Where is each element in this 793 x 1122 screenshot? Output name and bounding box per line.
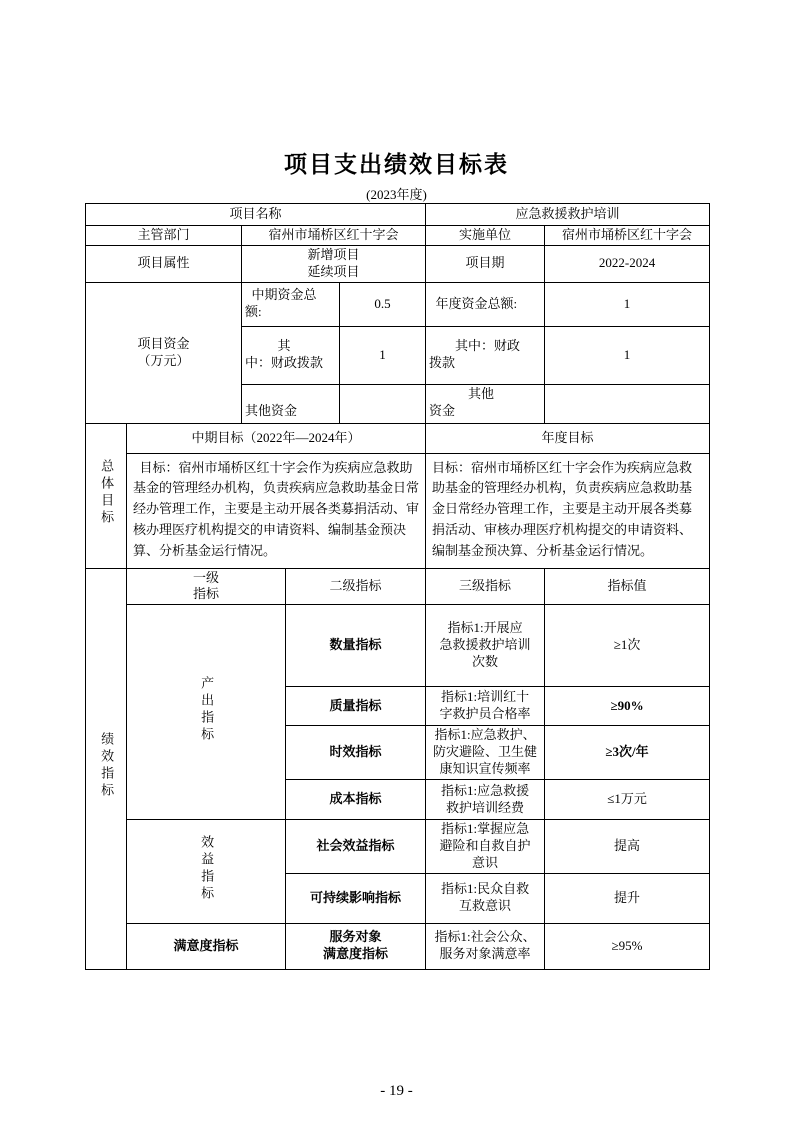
implementer-value: 宿州市埇桥区红十字会 [545, 226, 710, 246]
implementer-label: 实施单位 [426, 226, 545, 246]
header-level2: 二级指标 [286, 568, 426, 605]
mid-goal-content: 目标：宿州市埇桥区红十字会作为疾病应急救助基金的管理经办机构，负责疾病应急救助基… [127, 453, 426, 568]
group-output-label: 产出指标 [127, 605, 286, 820]
funding-section-label: 项目资金 （万元） [86, 282, 242, 423]
project-name-value: 应急救援救护培训 [426, 204, 710, 226]
header-value: 指标值 [545, 568, 710, 605]
period-label: 项目期 [426, 246, 545, 283]
sustainable-level3: 指标1:民众自救 互救意识 [426, 873, 545, 923]
period-value: 2022-2024 [545, 246, 710, 283]
quantity-value: ≥1次 [545, 605, 710, 687]
cost-level3: 指标1:应急救援 救护培训经费 [426, 780, 545, 820]
sustainable-value: 提升 [545, 873, 710, 923]
mid-fiscal-value: 1 [340, 326, 426, 384]
quantity-level3: 指标1:开展应 急救援救护培训 次数 [426, 605, 545, 687]
overall-goal-vertical-text: 总体目标 [99, 459, 113, 527]
annual-fiscal-value: 1 [545, 326, 710, 384]
annual-goal-header: 年度目标 [426, 423, 710, 453]
quantity-level2: 数量指标 [286, 605, 426, 687]
mid-total-value: 0.5 [340, 282, 426, 326]
mid-other-value [340, 384, 426, 423]
timeliness-value: ≥3次/年 [545, 726, 710, 780]
mid-fiscal-label: 其 中：财政拨款 [242, 326, 340, 384]
project-name-label: 项目名称 [86, 204, 426, 226]
social-level2: 社会效益指标 [286, 820, 426, 874]
performance-vertical-text: 绩效指标 [99, 732, 113, 800]
header-level3: 三级指标 [426, 568, 545, 605]
annual-goal-content: 目标：宿州市埇桥区红十字会作为疾病应急救助基金的管理经办机构，负责疾病应急救助基… [426, 453, 710, 568]
mid-total-label: 中期资金总 额: [242, 282, 340, 326]
document-page: 项目支出绩效目标表 (2023年度) 项目名称 应急救援救护培训 主管部门 宿州… [0, 0, 793, 1122]
social-level3: 指标1:掌握应急 避险和自救自护 意识 [426, 820, 545, 874]
quality-level3: 指标1:培训红十 字救护员合格率 [426, 687, 545, 726]
department-value: 宿州市埇桥区红十字会 [242, 226, 426, 246]
attribute-label: 项目属性 [86, 246, 242, 283]
service-level2: 服务对象 满意度指标 [286, 923, 426, 969]
service-level3: 指标1:社会公众、 服务对象满意率 [426, 923, 545, 969]
overall-goal-section-label: 总体目标 [86, 423, 127, 568]
annual-other-label: 其他 资金 [426, 384, 545, 423]
mid-other-label: 其他资金 [242, 384, 340, 423]
mid-goal-header: 中期目标（2022年—2024年） [127, 423, 426, 453]
group-output-vertical-text: 产出指标 [199, 676, 213, 744]
social-value: 提高 [545, 820, 710, 874]
quality-value: ≥90% [545, 687, 710, 726]
quality-level2: 质量指标 [286, 687, 426, 726]
group-satisfaction-label: 满意度指标 [127, 923, 286, 969]
group-benefit-vertical-text: 效益指标 [199, 835, 213, 903]
performance-target-table: 项目名称 应急救援救护培训 主管部门 宿州市埇桥区红十字会 实施单位 宿州市埇桥… [85, 203, 710, 970]
service-value: ≥95% [545, 923, 710, 969]
header-level1: 一级 指标 [127, 568, 286, 605]
document-subtitle: (2023年度) [0, 184, 793, 203]
page-number: - 19 - [0, 1083, 793, 1100]
cost-level2: 成本指标 [286, 780, 426, 820]
attribute-value: 新增项目 延续项目 [242, 246, 426, 283]
annual-other-value [545, 384, 710, 423]
department-label: 主管部门 [86, 226, 242, 246]
cost-value: ≤1万元 [545, 780, 710, 820]
annual-total-label: 年度资金总额: [426, 282, 545, 326]
performance-section-label: 绩效指标 [86, 568, 127, 969]
timeliness-level3: 指标1:应急救护、 防灾避险、卫生健 康知识宣传频率 [426, 726, 545, 780]
annual-total-value: 1 [545, 282, 710, 326]
sustainable-level2: 可持续影响指标 [286, 873, 426, 923]
document-title: 项目支出绩效目标表 [0, 146, 793, 179]
group-benefit-label: 效益指标 [127, 820, 286, 924]
timeliness-level2: 时效指标 [286, 726, 426, 780]
annual-fiscal-label: 其中：财政 拨款 [426, 326, 545, 384]
